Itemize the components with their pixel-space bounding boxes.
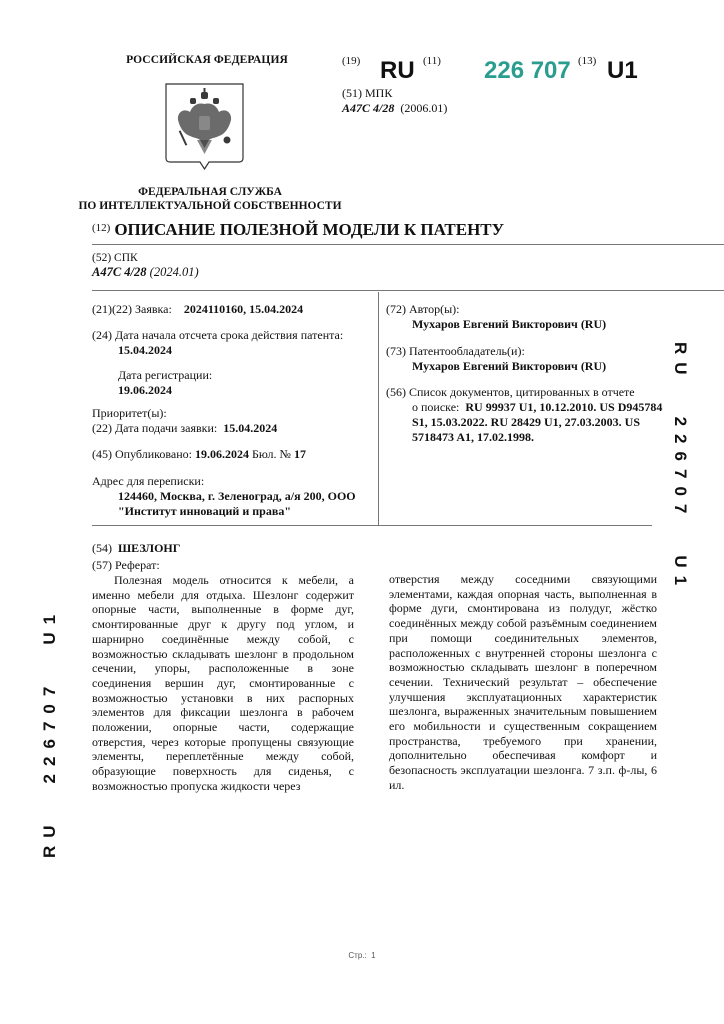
spk-label: (52) СПК (92, 252, 138, 264)
address-line-1: 124460, Москва, г. Зеленоград, а/я 200, … (118, 489, 356, 503)
side-code-char: U (40, 825, 60, 837)
term-start-label: (24) Дата начала отсчета срока действия … (92, 328, 343, 343)
side-code-char: R (670, 342, 690, 354)
side-code-char: 7 (40, 722, 60, 731)
kind-code: U1 (607, 57, 638, 85)
spk-class-code: A47C 4/28 (92, 265, 147, 279)
utility-model-title: (54)ШЕЗЛОНГ (92, 541, 180, 556)
abstract-right-column: отверстия между соседними связующими эле… (389, 572, 657, 793)
agency-line-1: ФЕДЕРАЛЬНАЯ СЛУЖБА (60, 185, 360, 199)
address-label: Адрес для переписки: (92, 474, 356, 489)
document-title-text: ОПИСАНИЕ ПОЛЕЗНОЙ МОДЕЛИ К ПАТЕНТУ (114, 220, 504, 239)
divider-title (92, 244, 724, 245)
side-code-char: 0 (670, 486, 690, 495)
citations-line-2: S1, 15.03.2022. RU 28429 U1, 27.03.2003.… (412, 415, 640, 429)
page-footer: Стр.: 1 (0, 951, 724, 960)
patent-number: 226 707 (484, 57, 571, 85)
page-number: 1 (371, 951, 375, 960)
column-divider (378, 292, 379, 526)
priority-field: Приоритет(ы): (22) Дата подачи заявки: 1… (92, 406, 277, 436)
authors-field: (72) Автор(ы): Мухаров Евгений Викторови… (386, 302, 606, 332)
side-code-char: 2 (40, 774, 60, 783)
authors-value: Мухаров Евгений Викторович (RU) (412, 317, 606, 331)
citations-line-3: 5718473 A1, 17.02.1998. (412, 430, 534, 444)
registration-value: 19.06.2024 (118, 383, 172, 397)
registration-field: Дата регистрации: 19.06.2024 (118, 368, 212, 398)
term-start-field: (24) Дата начала отсчета срока действия … (92, 328, 343, 358)
agency-line-2: ПО ИНТЕЛЛЕКТУАЛЬНОЙ СОБСТВЕННОСТИ (60, 199, 360, 213)
country-code: RU (380, 57, 415, 85)
divider-spk (92, 290, 724, 291)
published-label: (45) Опубликовано: (92, 447, 192, 461)
russian-coat-of-arms-icon (164, 82, 245, 172)
mpk-class: A47C 4/28 (2006.01) (342, 101, 447, 116)
abstract-left-column: Полезная модель относится к мебели, а им… (92, 573, 354, 794)
filing-date-label: (22) Дата подачи заявки: (92, 421, 217, 435)
document-title: (12)ОПИСАНИЕ ПОЛЕЗНОЙ МОДЕЛИ К ПАТЕНТУ (92, 220, 504, 240)
application-value: 2024110160, 15.04.2024 (184, 302, 303, 316)
inid-code-11: (11) (423, 55, 441, 67)
filing-date-value: 15.04.2024 (223, 421, 277, 435)
published-value: 19.06.2024 (195, 447, 249, 461)
side-code-char: U (670, 362, 690, 374)
holders-field: (73) Патентообладатель(и): Мухаров Евген… (386, 344, 606, 374)
agency-name: ФЕДЕРАЛЬНАЯ СЛУЖБА ПО ИНТЕЛЛЕКТУАЛЬНОЙ С… (60, 185, 360, 213)
citations-field: (56) Список документов, цитированных в о… (386, 385, 662, 445)
side-code-char: 7 (670, 504, 690, 513)
side-code-char: 0 (40, 704, 60, 713)
authors-label: (72) Автор(ы): (386, 302, 606, 317)
side-code-char: 7 (40, 687, 60, 696)
mpk-version: (2006.01) (400, 101, 447, 115)
side-patent-code-left: RU226707U1 (40, 607, 60, 858)
divider-biblio (92, 525, 652, 526)
inid-code-19: (19) (342, 55, 360, 67)
side-code-char: 2 (670, 417, 690, 426)
utility-model-title-text: ШЕЗЛОНГ (118, 541, 180, 555)
spk-version: (2024.01) (150, 265, 199, 279)
abstract-label: (57) Реферат: (92, 558, 160, 573)
side-code-char: U (40, 632, 60, 644)
page-label: Стр.: (348, 951, 366, 960)
holders-value: Мухаров Евгений Викторович (RU) (412, 359, 606, 373)
spk-class: A47C 4/28 (2024.01) (92, 265, 199, 280)
citations-label-2: о поиске: (412, 400, 459, 414)
mpk-label: (51) МПК (342, 86, 392, 101)
published-field: (45) Опубликовано: 19.06.2024 Бюл. № 17 (92, 447, 306, 462)
side-code-char: 6 (40, 739, 60, 748)
bulletin-label: Бюл. № (252, 447, 291, 461)
side-patent-code-right: RU226707U1 (670, 342, 690, 593)
address-line-2: "Институт инноваций и права" (118, 504, 291, 518)
bulletin-value: 17 (294, 447, 306, 461)
registration-label: Дата регистрации: (118, 368, 212, 383)
mpk-class-code: A47C 4/28 (342, 101, 394, 115)
country-name: РОССИЙСКАЯ ФЕДЕРАЦИЯ (92, 54, 322, 66)
address-field: Адрес для переписки: 124460, Москва, г. … (92, 474, 356, 519)
application-label: (21)(22) Заявка: (92, 302, 172, 316)
citations-line-1: RU 99937 U1, 10.12.2010. US D945784 (465, 400, 662, 414)
side-code-char: U (670, 555, 690, 567)
term-start-value: 15.04.2024 (118, 343, 172, 357)
side-code-char: 1 (670, 576, 690, 585)
citations-label: (56) Список документов, цитированных в о… (386, 385, 662, 400)
side-code-char: 2 (40, 757, 60, 766)
side-code-char: 1 (40, 615, 60, 624)
priority-label: Приоритет(ы): (92, 406, 277, 421)
side-code-char: 6 (670, 452, 690, 461)
application-field: (21)(22) Заявка: 2024110160, 15.04.2024 (92, 302, 303, 317)
holders-label: (73) Патентообладатель(и): (386, 344, 606, 359)
side-code-char: 7 (670, 469, 690, 478)
side-code-char: 2 (670, 434, 690, 443)
side-code-char: R (40, 846, 60, 858)
inid-code-12: (12) (92, 222, 110, 234)
inid-code-54: (54) (92, 541, 112, 555)
inid-code-13: (13) (578, 55, 596, 67)
